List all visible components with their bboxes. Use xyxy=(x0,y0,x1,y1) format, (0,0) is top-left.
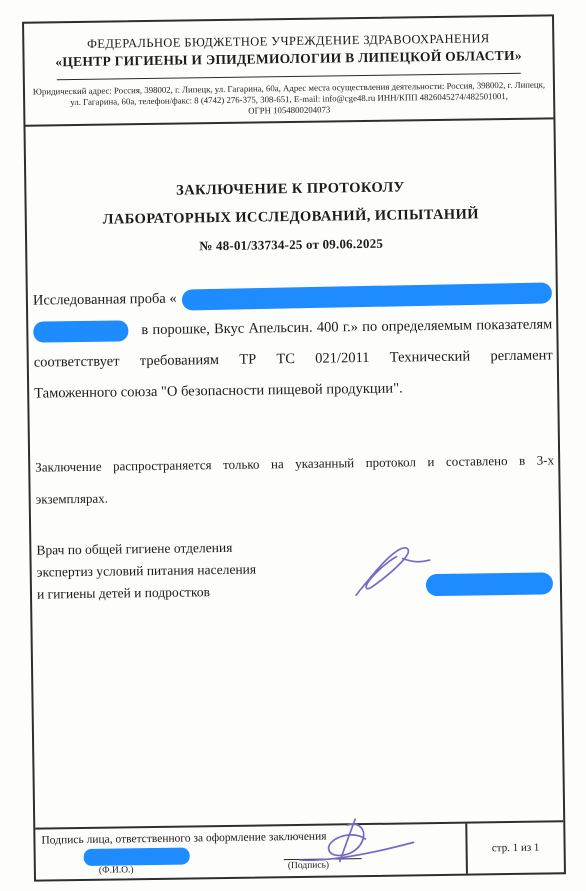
redaction-sample-name-1 xyxy=(181,282,552,310)
header-divider xyxy=(57,73,522,80)
copies-paragraph: Заключениераспространяетсятольконауказан… xyxy=(35,444,555,515)
organization-address: Юридический адрес: Россия, 398002, г. Ли… xyxy=(25,79,553,124)
redaction-doctor-name xyxy=(426,572,553,596)
footer-page-cell: стр. 1 из 1 xyxy=(465,822,564,873)
scanned-document: ФЕДЕРАЛЬНОЕ БЮДЖЕТНОЕ УЧРЕЖДЕНИЕ ЗДРАВОО… xyxy=(0,0,586,891)
sample-intro-text: Исследованная проба « xyxy=(33,284,177,317)
page-frame: ФЕДЕРАЛЬНОЕ БЮДЖЕТНОЕ УЧРЕЖДЕНИЕ ЗДРАВОО… xyxy=(22,14,566,881)
footer-signature-cell: Подпись лица, ответственного за оформлен… xyxy=(35,824,466,880)
document-header: ФЕДЕРАЛЬНОЕ БЮДЖЕТНОЕ УЧРЕЖДЕНИЕ ЗДРАВОО… xyxy=(24,16,553,126)
document-title: ЗАКЛЮЧЕНИЕ К ПРОТОКОЛУ ЛАБОРАТОРНЫХ ИССЛ… xyxy=(26,171,555,262)
conclusion-paragraph: Исследованная проба « впорошке,ВкусАпель… xyxy=(33,278,554,409)
fio-label: (Ф.И.О.) xyxy=(99,865,134,875)
paragraph1-line4: Таможенного союза "О безопасности пищево… xyxy=(34,371,553,409)
copies-text-end: экземплярах. xyxy=(35,483,108,516)
regulation-text-end: Таможенного союза "О безопасности пищево… xyxy=(34,373,403,409)
page-indicator: стр. 1 из 1 xyxy=(492,842,540,855)
doctor-signature-block: Врач по общей гигиене отделения эксперти… xyxy=(36,532,556,615)
redaction-responsible-name xyxy=(84,847,190,865)
document-footer: Подпись лица, ответственного за оформлен… xyxy=(35,820,564,879)
redaction-sample-name-2 xyxy=(33,320,128,342)
document-body: Исследованная проба « впорошке,ВкусАпель… xyxy=(27,255,560,615)
handwritten-signature-footer xyxy=(285,812,426,870)
